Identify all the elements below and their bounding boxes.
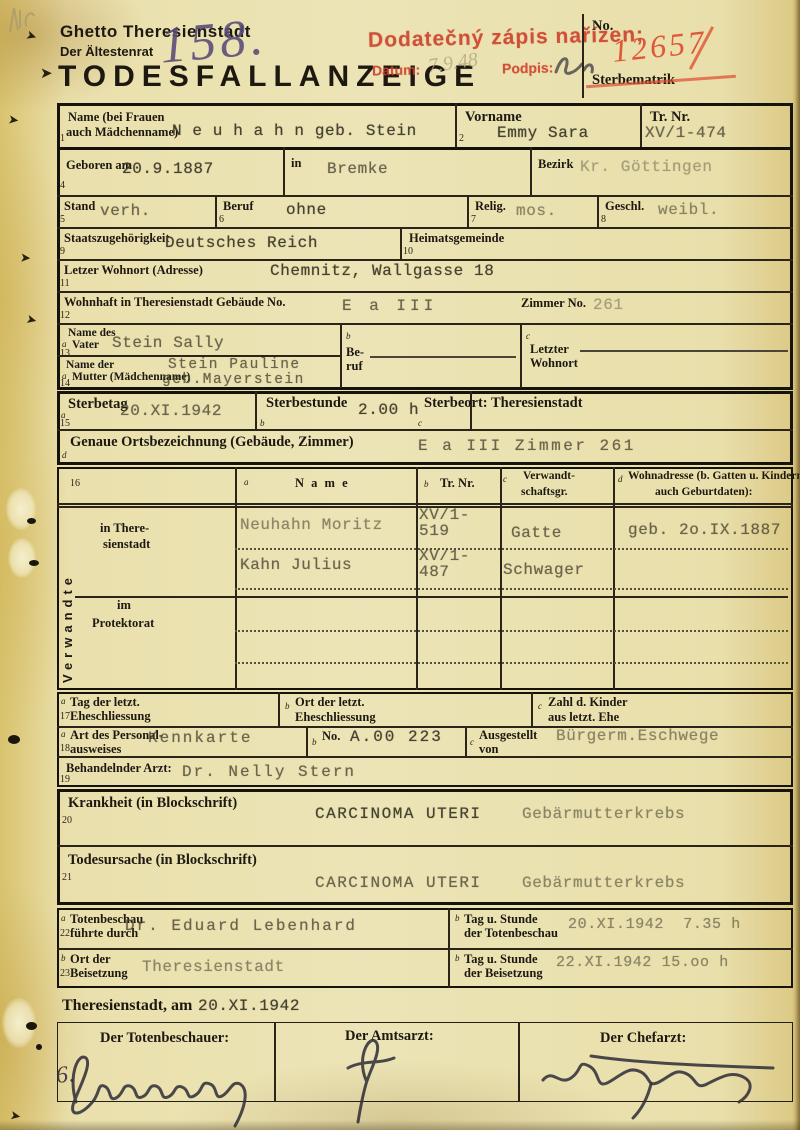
grid-line bbox=[467, 195, 469, 227]
field-beruf-parents-label2: ruf bbox=[346, 359, 363, 374]
field-krankheit-value1: CARCINOMA UTERI bbox=[315, 805, 482, 823]
field-geboren-value: 20.9.1887 bbox=[122, 160, 214, 178]
paper-edge-shadow bbox=[0, 1120, 800, 1130]
field-kinder-label2: aus letzt. Ehe bbox=[548, 710, 619, 725]
grid-line bbox=[75, 596, 788, 598]
grid-line bbox=[518, 1022, 520, 1102]
field-number: 1 bbox=[60, 133, 65, 144]
field-beisetzung-time-label2: der Beisetzung bbox=[464, 966, 543, 981]
field-number: 23 bbox=[60, 968, 70, 979]
dotted-line bbox=[235, 548, 788, 550]
field-krankheit-label: Krankheit (in Blockschrift) bbox=[68, 795, 237, 812]
dotted-line bbox=[235, 630, 788, 632]
field-stand-label: Stand bbox=[64, 199, 95, 214]
field-krankheit-value2: Gebärmutterkrebs bbox=[522, 805, 685, 823]
field-sterbeort-label: Sterbeort: Theresienstadt bbox=[424, 395, 583, 412]
ink-speck bbox=[26, 1022, 37, 1030]
grid-line bbox=[57, 503, 793, 505]
sup-mark: d bbox=[62, 450, 67, 460]
field-ortsbezeichnung-value: E a III Zimmer 261 bbox=[418, 437, 636, 455]
field-relig-value: mos. bbox=[516, 202, 557, 220]
grid-line bbox=[278, 692, 280, 726]
field-name-label2: auch Mädchenname) bbox=[66, 125, 178, 140]
handwritten-case-number: 158. bbox=[158, 7, 270, 75]
field-number: 18 bbox=[60, 743, 70, 754]
field-geschl-label: Geschl. bbox=[605, 199, 644, 214]
pencil-scribble bbox=[4, 2, 44, 42]
grid-line bbox=[57, 291, 793, 293]
field-beisetzung-ort-label1: Ort der bbox=[70, 952, 111, 967]
field-eheort-label1: Ort der letzt. bbox=[295, 695, 365, 710]
grid-line bbox=[57, 323, 793, 325]
relative-relation: Schwager bbox=[503, 561, 585, 579]
sup-mark: a bbox=[61, 729, 66, 739]
pen-arrow: ➤ bbox=[19, 250, 31, 267]
field-sterbestunde-label: Sterbestunde bbox=[266, 395, 347, 412]
grid-line bbox=[215, 195, 217, 227]
field-zimmer-label: Zimmer No. bbox=[521, 296, 586, 311]
field-number: 4 bbox=[60, 180, 65, 191]
relatives-header-addr1: Wohnadresse (b. Gatten u. Kindern bbox=[628, 470, 800, 482]
field-staat-value: Deutsches Reich bbox=[165, 234, 318, 252]
sup-mark: b bbox=[285, 701, 290, 711]
grid-line bbox=[455, 103, 457, 147]
grid-line bbox=[465, 726, 467, 756]
field-beruf-parents-label1: Be- bbox=[346, 345, 364, 360]
grid-line bbox=[640, 103, 642, 147]
field-arzt-value: Dr. Nelly Stern bbox=[182, 763, 356, 781]
grid-line bbox=[340, 323, 342, 388]
field-eheort-label2: Eheschliessung bbox=[295, 710, 376, 725]
grid-line bbox=[57, 756, 793, 758]
field-vater-label2: Vater bbox=[72, 339, 99, 351]
group-theresienstadt-1: in There- bbox=[100, 521, 149, 536]
org-subtitle: Der Ältestenrat bbox=[60, 44, 153, 59]
grid-line bbox=[255, 391, 257, 429]
stamp-datum-label: Datum: bbox=[372, 61, 421, 78]
field-vater-label: Name des bbox=[68, 327, 116, 339]
sup-mark: b bbox=[260, 418, 265, 428]
field-sterbetag-label: Sterbetag bbox=[68, 396, 128, 413]
field-number: 14 bbox=[60, 378, 70, 389]
field-relig-label: Relig. bbox=[475, 199, 506, 214]
totenbeschauer-signature bbox=[60, 1040, 290, 1128]
field-beisetzung-time-value: 22.XI.1942 15.oo h bbox=[556, 954, 729, 971]
field-number: 17 bbox=[60, 711, 70, 722]
grid-line bbox=[448, 908, 450, 988]
field-kinder-label1: Zahl d. Kinder bbox=[548, 695, 628, 710]
field-number: 22 bbox=[60, 928, 70, 939]
field-letzter-wohnort-label1: Letzter bbox=[530, 342, 569, 357]
sup-mark: c bbox=[503, 474, 507, 484]
group-theresienstadt-2: sienstadt bbox=[103, 537, 150, 552]
relatives-header-trnr: Tr. Nr. bbox=[440, 476, 475, 491]
field-beisetzung-time-label1: Tag u. Stunde bbox=[464, 952, 538, 967]
field-stand-value: verh. bbox=[100, 202, 151, 220]
field-ausgestellt-label2: von bbox=[479, 742, 498, 757]
field-in-value: Bremke bbox=[327, 160, 388, 178]
pen-arrow: ➤ bbox=[7, 111, 20, 128]
grid-line bbox=[306, 726, 308, 756]
grid-line bbox=[400, 227, 402, 259]
field-number: 9 bbox=[60, 246, 65, 257]
pen-arrow: ➤ bbox=[24, 311, 38, 329]
field-staat-label: Staatszugehörigkeit bbox=[64, 231, 170, 246]
field-number: 8 bbox=[601, 214, 606, 225]
field-totenbeschau-time-value: 20.XI.1942 7.35 h bbox=[568, 916, 741, 933]
grid-line bbox=[57, 227, 793, 229]
field-ortsbezeichnung-label: Genaue Ortsbezeichnung (Gebäude, Zimmer) bbox=[70, 434, 354, 451]
field-name-label: Name (bei Frauen bbox=[68, 110, 165, 125]
grid-line bbox=[416, 467, 418, 690]
sup-mark: c bbox=[538, 701, 542, 711]
sup-mark: b bbox=[346, 331, 351, 341]
relatives-header-name: N a m e bbox=[295, 476, 350, 491]
sup-mark: b bbox=[455, 913, 460, 923]
chefarzt-signature bbox=[535, 1040, 785, 1120]
field-beruf-label: Beruf bbox=[223, 199, 254, 214]
field-mutter-value2: geb.Mayerstein bbox=[162, 372, 305, 388]
grid-line bbox=[57, 429, 793, 431]
group-protektorat-2: Protektorat bbox=[92, 616, 154, 631]
field-ehetag-label1: Tag der letzt. bbox=[70, 695, 140, 710]
relative-name: Kahn Julius bbox=[240, 556, 352, 574]
field-ausgestellt-label1: Ausgestellt bbox=[479, 728, 537, 743]
relative-relation: Gatte bbox=[511, 524, 562, 542]
field-in-label: in bbox=[291, 156, 301, 171]
field-trnr-value: XV/1-474 bbox=[645, 124, 727, 142]
field-ausweis-value: Kennkarte bbox=[148, 729, 252, 747]
relatives-header-rel1: Verwandt- bbox=[523, 470, 575, 482]
field-bezirk-label: Bezirk bbox=[538, 157, 573, 172]
field-beisetzung-ort-label2: Beisetzung bbox=[70, 966, 128, 981]
field-number: 13 bbox=[60, 348, 70, 359]
ink-speck bbox=[29, 560, 39, 566]
grid-line bbox=[370, 356, 516, 358]
field-mutter-label: Name der bbox=[66, 359, 114, 371]
grid-line bbox=[57, 845, 793, 847]
sup-mark: c bbox=[418, 418, 422, 428]
no-box-divider bbox=[582, 14, 584, 98]
field-letzter-wohnort-label2: Wohnort bbox=[530, 356, 578, 371]
sup-mark: b bbox=[61, 953, 66, 963]
field-gebaeude-value: E a III bbox=[342, 297, 437, 315]
field-number: 6 bbox=[219, 214, 224, 225]
field-ausweis-label2: ausweises bbox=[70, 742, 121, 757]
dotted-line bbox=[235, 662, 788, 664]
sup-mark: c bbox=[470, 737, 474, 747]
sup-mark: b bbox=[455, 953, 460, 963]
field-bezirk-value: Kr. Göttingen bbox=[580, 158, 713, 176]
field-ausweisnr-label: No. bbox=[322, 729, 340, 744]
field-sterbetag-value: 20.XI.1942 bbox=[120, 402, 222, 420]
field-todesursache-value2: Gebärmutterkrebs bbox=[522, 874, 685, 892]
field-number: 21 bbox=[62, 872, 72, 883]
field-wohnort-label: Letzer Wohnort (Adresse) bbox=[64, 263, 203, 278]
field-ausweisnr-value: A.00 223 bbox=[350, 728, 443, 746]
field-number: 12 bbox=[60, 310, 70, 321]
sup-mark: c bbox=[526, 331, 530, 341]
field-number: 10 bbox=[403, 246, 413, 257]
field-todesursache-value1: CARCINOMA UTERI bbox=[315, 874, 482, 892]
ink-speck bbox=[8, 735, 20, 744]
amtsarzt-signature bbox=[330, 1028, 410, 1128]
field-number: 20 bbox=[62, 815, 72, 826]
paper-edge-shadow-right bbox=[795, 0, 800, 1130]
field-number: 19 bbox=[60, 774, 70, 785]
grid-line bbox=[57, 195, 793, 197]
field-vater-value: Stein Sally bbox=[112, 334, 224, 352]
sup-mark: a bbox=[244, 477, 249, 487]
relatives-header-addr2: auch Geburtdaten): bbox=[655, 486, 752, 498]
group-protektorat-1: im bbox=[117, 598, 131, 613]
grid-line bbox=[597, 195, 599, 227]
field-name-value: N e u h a h n geb. Stein bbox=[172, 122, 417, 140]
grid-line bbox=[235, 467, 237, 690]
grid-line bbox=[57, 948, 793, 950]
field-totenbeschau-time-label1: Tag u. Stunde bbox=[464, 912, 538, 927]
grid-line bbox=[530, 147, 532, 195]
field-sterbestunde-value: 2.00 h bbox=[358, 401, 419, 419]
field-number: 7 bbox=[471, 214, 476, 225]
field-totenbeschau-time-label2: der Totenbeschau bbox=[464, 926, 558, 941]
corner-note: 6. bbox=[55, 1061, 77, 1090]
field-number: 5 bbox=[60, 214, 65, 225]
field-mutter-value1: Stein Pauline bbox=[168, 357, 301, 373]
field-todesursache-label: Todesursache (in Blockschrift) bbox=[68, 852, 257, 869]
field-ehetag-label2: Eheschliessung bbox=[70, 709, 151, 724]
sup-mark: a bbox=[61, 913, 66, 923]
grid-line bbox=[57, 259, 793, 261]
stamp-podpis-label: Podpis: bbox=[502, 59, 554, 76]
grid-line bbox=[613, 467, 615, 690]
ink-speck bbox=[27, 518, 36, 524]
dotted-line bbox=[235, 588, 788, 590]
relatives-header-rel2: schaftsgr. bbox=[521, 486, 568, 498]
relative-trnr-2: 519 bbox=[419, 522, 450, 540]
field-zimmer-value: 261 bbox=[593, 296, 624, 314]
grid-line bbox=[520, 323, 522, 388]
field-beisetzung-ort-value: Theresienstadt bbox=[142, 958, 285, 976]
field-wohnort-value: Chemnitz, Wallgasse 18 bbox=[270, 262, 494, 280]
grid-line bbox=[580, 350, 788, 352]
sup-mark: b bbox=[312, 737, 317, 747]
field-number: 15 bbox=[60, 418, 70, 429]
field-gebaeude-label: Wohnhaft in Theresienstadt Gebäude No. bbox=[64, 295, 285, 310]
verwandte-vertical-label: Verwandte bbox=[60, 528, 75, 683]
field-number: 16 bbox=[70, 478, 80, 489]
field-beruf-value: ohne bbox=[286, 201, 327, 219]
place-date-value: 20.XI.1942 bbox=[198, 997, 300, 1015]
relative-name: Neuhahn Moritz bbox=[240, 516, 383, 534]
field-vorname-value: Emmy Sara bbox=[497, 124, 589, 142]
stamp-podpis-signature bbox=[548, 44, 598, 84]
place-date-label: Theresienstadt, am bbox=[62, 997, 192, 1015]
relative-trnr-2: 487 bbox=[419, 563, 450, 581]
sup-mark: a bbox=[61, 696, 66, 706]
relative-address: geb. 2o.IX.1887 bbox=[628, 521, 781, 539]
field-totenbeschau-value: Dr. Eduard Lebenhard bbox=[125, 917, 357, 935]
field-number: 11 bbox=[60, 278, 70, 289]
grid-line bbox=[531, 692, 533, 726]
ink-speck bbox=[36, 1044, 42, 1050]
field-arzt-label: Behandelnder Arzt: bbox=[66, 761, 172, 776]
field-ausgestellt-value: Bürgerm.Eschwege bbox=[556, 727, 719, 745]
grid-line bbox=[283, 147, 285, 195]
sup-mark: b bbox=[424, 479, 429, 489]
grid-line bbox=[57, 147, 793, 150]
field-heimat-label: Heimatsgemeinde bbox=[409, 231, 504, 246]
field-number: 2 bbox=[459, 133, 464, 144]
pen-arrow: ➤ bbox=[40, 64, 53, 83]
sup-mark: d bbox=[618, 474, 623, 484]
punch-hole bbox=[8, 538, 36, 578]
field-geschl-value: weibl. bbox=[658, 201, 719, 219]
grid-line bbox=[500, 467, 502, 690]
death-notice-form: ➤ ➤ ➤ ➤ ➤ ➤ Ghetto Theresienstadt Der Äl… bbox=[0, 0, 800, 1130]
